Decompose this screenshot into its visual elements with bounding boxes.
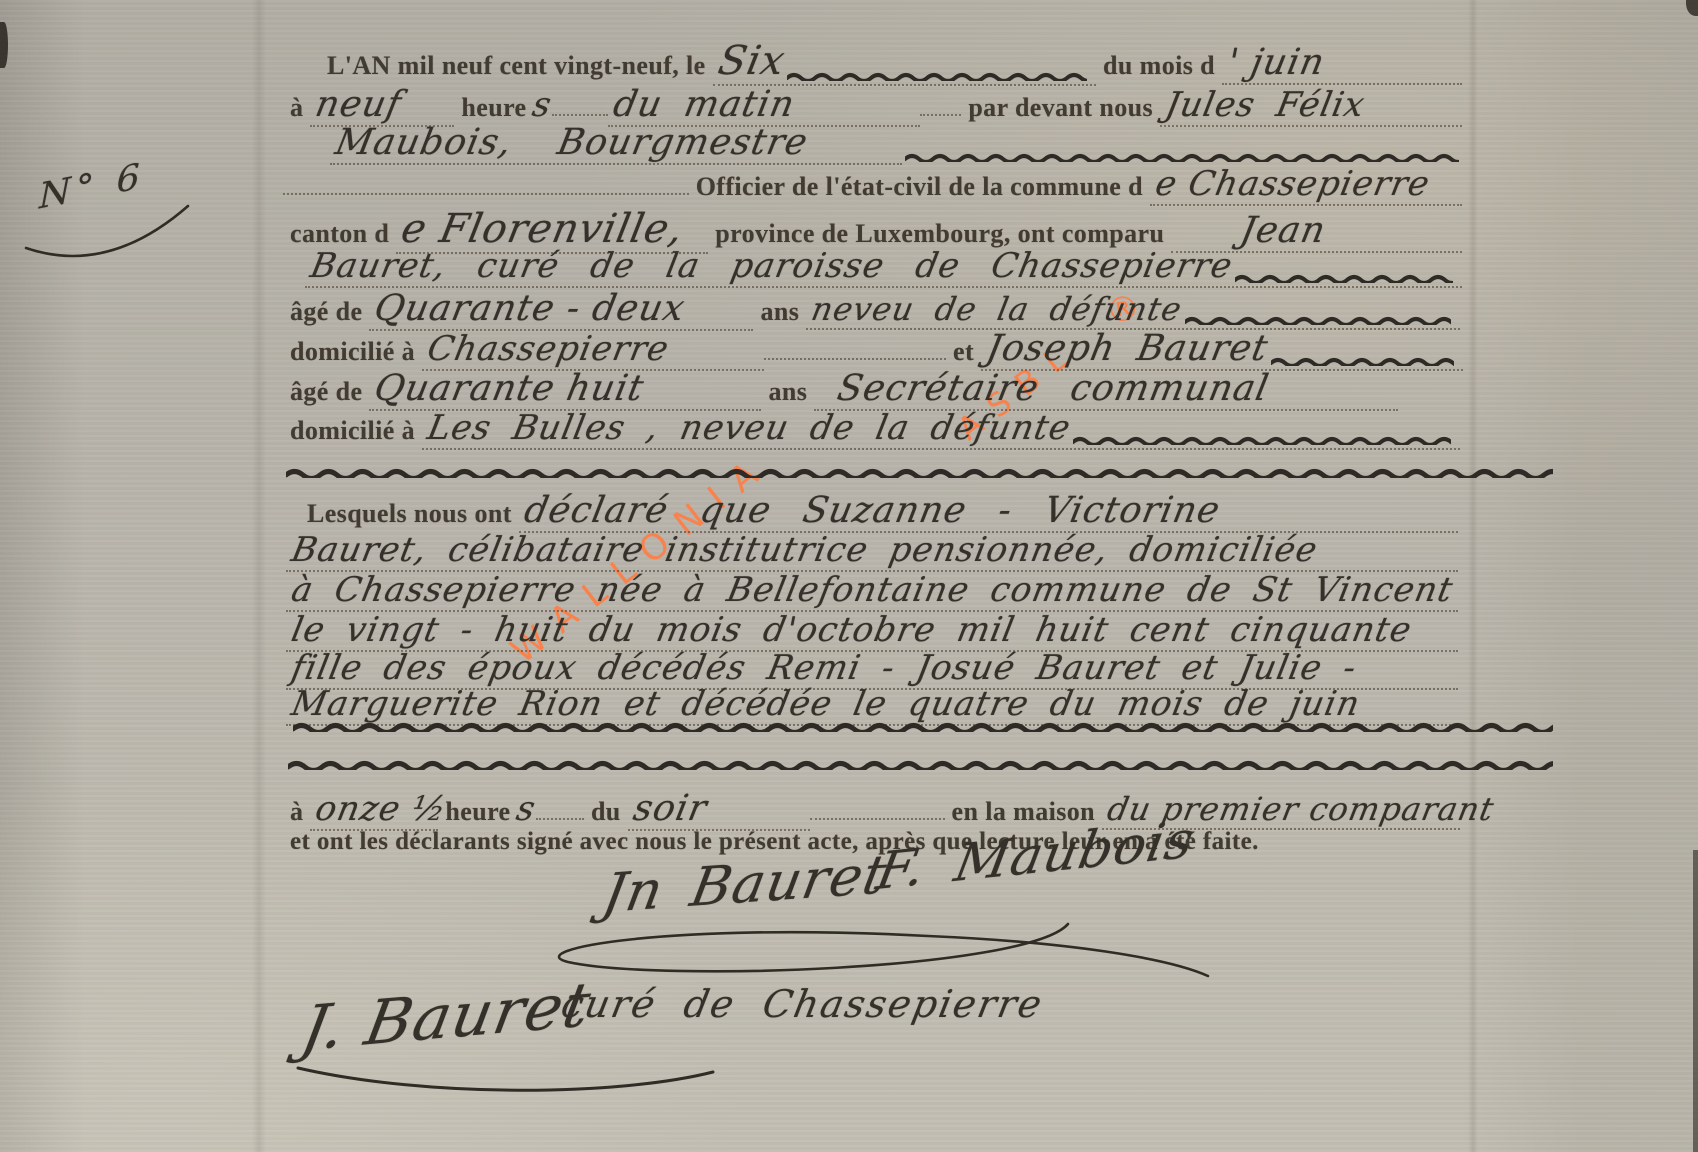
- blank-declaration-3: à Chassepierre née à Bellefontaine commu…: [286, 570, 1458, 612]
- form-line-11: Lesquels nous ont déclaré que Suzanne - …: [300, 490, 1458, 533]
- hw-age2: Quarante huit: [371, 368, 648, 409]
- blank-empty-1: [552, 114, 608, 116]
- form-line-14: le vingt - huit du mois d'octobre mil hu…: [286, 610, 1458, 652]
- hw-age1: Quarante - deux: [371, 288, 689, 329]
- hw-declaration-1: déclaré que Suzanne - Victorine: [521, 490, 1224, 531]
- hw-declaration-2: Bauret, célibataire institutrice pension…: [288, 530, 1321, 570]
- blank-residence1: Chassepierre: [422, 329, 764, 371]
- printed-of-label: du: [584, 796, 628, 829]
- divider-wavy-2: [290, 714, 1556, 735]
- printed-civil-officer-label: Officier de l'état-civil de la commune d: [689, 171, 1150, 204]
- ink-filler-line: [905, 146, 1459, 162]
- ink-filler-line: [288, 752, 1553, 770]
- printed-before-us-label: par devant nous: [961, 92, 1160, 125]
- death-certificate-page: N° 6 WALLONIA ASBL ® L'AN mil neuf cent …: [0, 0, 1698, 1152]
- hw-profession2: Secrétaire communal: [834, 368, 1272, 409]
- blank-period2: soir: [628, 788, 810, 831]
- printed-years2-label: ans: [761, 376, 814, 409]
- signature-role-cure: curé de Chassepierre: [558, 982, 1047, 1026]
- printed-declaration-label: Lesquels nous ont: [300, 498, 519, 531]
- hw-declarant1-details: Bauret, curé de la paroisse de Chassepie…: [307, 246, 1236, 286]
- hw-officer-firstname: Jules Félix: [1162, 85, 1368, 125]
- blank-age2: Quarante huit: [369, 368, 761, 411]
- corner-mark-top-right: [1686, 0, 1698, 16]
- blank-hour: neuf: [310, 84, 454, 127]
- printed-hour2-label: heure: [438, 796, 517, 829]
- blank-declaration-4: le vingt - huit du mois d'octobre mil hu…: [286, 610, 1458, 652]
- blank-declarant1-details: Bauret, curé de la paroisse de Chassepie…: [305, 246, 1462, 288]
- signature-flourish-2: [288, 1052, 728, 1108]
- blank-empty-3: [283, 193, 689, 195]
- form-line-3: Maubois, Bourgmestre: [330, 122, 1462, 165]
- hw-hour2-plural: s: [514, 789, 540, 829]
- hw-residence2: Les Bulles , neveu de la défunte: [424, 408, 1074, 448]
- form-line-10: domicilié à Les Bulles , neveu de la déf…: [283, 408, 1460, 450]
- blank-relation1: neveu de la défunte: [806, 290, 1460, 330]
- blank-month: ' juin: [1222, 42, 1462, 85]
- blank-empty-5: [536, 818, 584, 820]
- ink-filler-line: [1185, 309, 1451, 325]
- hw-declaration-4: le vingt - huit du mois d'octobre mil hu…: [288, 610, 1415, 650]
- printed-and-label: et: [946, 336, 981, 369]
- printed-residence2-label: domicilié à: [283, 415, 422, 448]
- ink-filler-line: [293, 714, 1553, 732]
- printed-at-label: à: [283, 92, 310, 125]
- blank-age1: Quarante - deux: [369, 288, 753, 331]
- hw-commune: e Chassepierre: [1152, 164, 1433, 204]
- hw-month: ' juin: [1224, 42, 1328, 83]
- paper-crease-left: [252, 0, 266, 1152]
- printed-residence1-label: domicilié à: [283, 336, 422, 369]
- blank-day: Six: [713, 38, 1096, 86]
- ink-filler-line: [787, 65, 1087, 81]
- blank-residence2: Les Bulles , neveu de la défunte: [422, 408, 1460, 450]
- printed-month-label: du mois d: [1096, 50, 1222, 83]
- printed-year-label: L'AN mil neuf cent vingt-neuf, le: [320, 50, 713, 83]
- hw-officer-surname-title: Maubois, Bourgmestre: [332, 122, 812, 163]
- edge-mark-right: [1693, 850, 1698, 1152]
- ink-filler-line: [1235, 267, 1453, 283]
- corner-mark-top-left: [0, 22, 8, 68]
- blank-declaration-2: Bauret, célibataire institutrice pension…: [286, 530, 1458, 572]
- ink-filler-line: [1073, 429, 1451, 445]
- form-line-2: à neuf heure s du matin par devant nous …: [283, 84, 1462, 127]
- form-line-17: à onze ½ heure s du soir en la maison du…: [283, 788, 1460, 831]
- blank-officer: Jules Félix: [1160, 85, 1462, 127]
- hw-relation1: neveu de la défunte: [809, 290, 1186, 328]
- divider-wavy-3: [285, 752, 1556, 773]
- blank-hour2: onze ½: [310, 789, 438, 831]
- signature-flourish-1: [508, 912, 1228, 992]
- blank-commune: e Chassepierre: [1150, 164, 1462, 206]
- hw-hour-plural: s: [530, 85, 556, 125]
- margin-act-number: N° 6: [39, 156, 145, 218]
- hw-declarant2-name: Joseph Bauret: [983, 328, 1272, 369]
- blank-empty-2: [920, 114, 961, 116]
- form-line-13: à Chassepierre née à Bellefontaine commu…: [286, 570, 1458, 612]
- hw-period2: soir: [630, 788, 711, 829]
- form-line-12: Bauret, célibataire institutrice pension…: [286, 530, 1458, 572]
- ink-filler-line: [286, 460, 1553, 478]
- printed-age1-label: âgé de: [283, 296, 369, 329]
- form-line-9: âgé de Quarante huit ans Secrétaire comm…: [283, 368, 1398, 411]
- blank-period: du matin: [608, 84, 920, 127]
- hw-declaration-3: à Chassepierre née à Bellefontaine commu…: [288, 570, 1456, 610]
- form-line-6: Bauret, curé de la paroisse de Chassepie…: [305, 246, 1462, 288]
- hw-day: Six: [714, 38, 789, 84]
- blank-declarant2-name: Joseph Bauret: [981, 328, 1463, 371]
- blank-declaration-1: déclaré que Suzanne - Victorine: [519, 490, 1458, 533]
- divider-wavy-1: [283, 460, 1556, 481]
- hw-period: du matin: [610, 84, 798, 125]
- ink-filler-line: [1271, 350, 1454, 366]
- printed-age2-label: âgé de: [283, 376, 369, 409]
- form-line-1: L'AN mil neuf cent vingt-neuf, le Six du…: [320, 38, 1462, 86]
- hw-declarant1-firstname: Jean: [1237, 210, 1329, 251]
- blank-empty-4: [764, 358, 946, 360]
- hw-declaration-5: fille des époux décédés Remi - Josué Bau…: [288, 648, 1360, 688]
- form-line-7: âgé de Quarante - deux ans neveu de la d…: [283, 288, 1460, 331]
- signature-j-bauret: J. Bauret: [296, 968, 597, 1065]
- hw-hour2: onze ½: [313, 789, 451, 829]
- blank-officer-name: Maubois, Bourgmestre: [330, 122, 902, 165]
- hw-residence1: Chassepierre: [424, 329, 672, 369]
- blank-profession2: Secrétaire communal: [814, 368, 1398, 411]
- hw-hour: neuf: [312, 84, 405, 125]
- form-line-4: Officier de l'état-civil de la commune d…: [283, 164, 1462, 206]
- form-line-8: domicilié à Chassepierre et Joseph Baure…: [283, 328, 1463, 371]
- paper-crease-right: [1468, 0, 1478, 1152]
- printed-hour-label: heure: [454, 92, 533, 125]
- printed-years1-label: ans: [753, 296, 806, 329]
- printed-hour2-at-label: à: [283, 796, 310, 829]
- blank-empty-6: [810, 818, 945, 820]
